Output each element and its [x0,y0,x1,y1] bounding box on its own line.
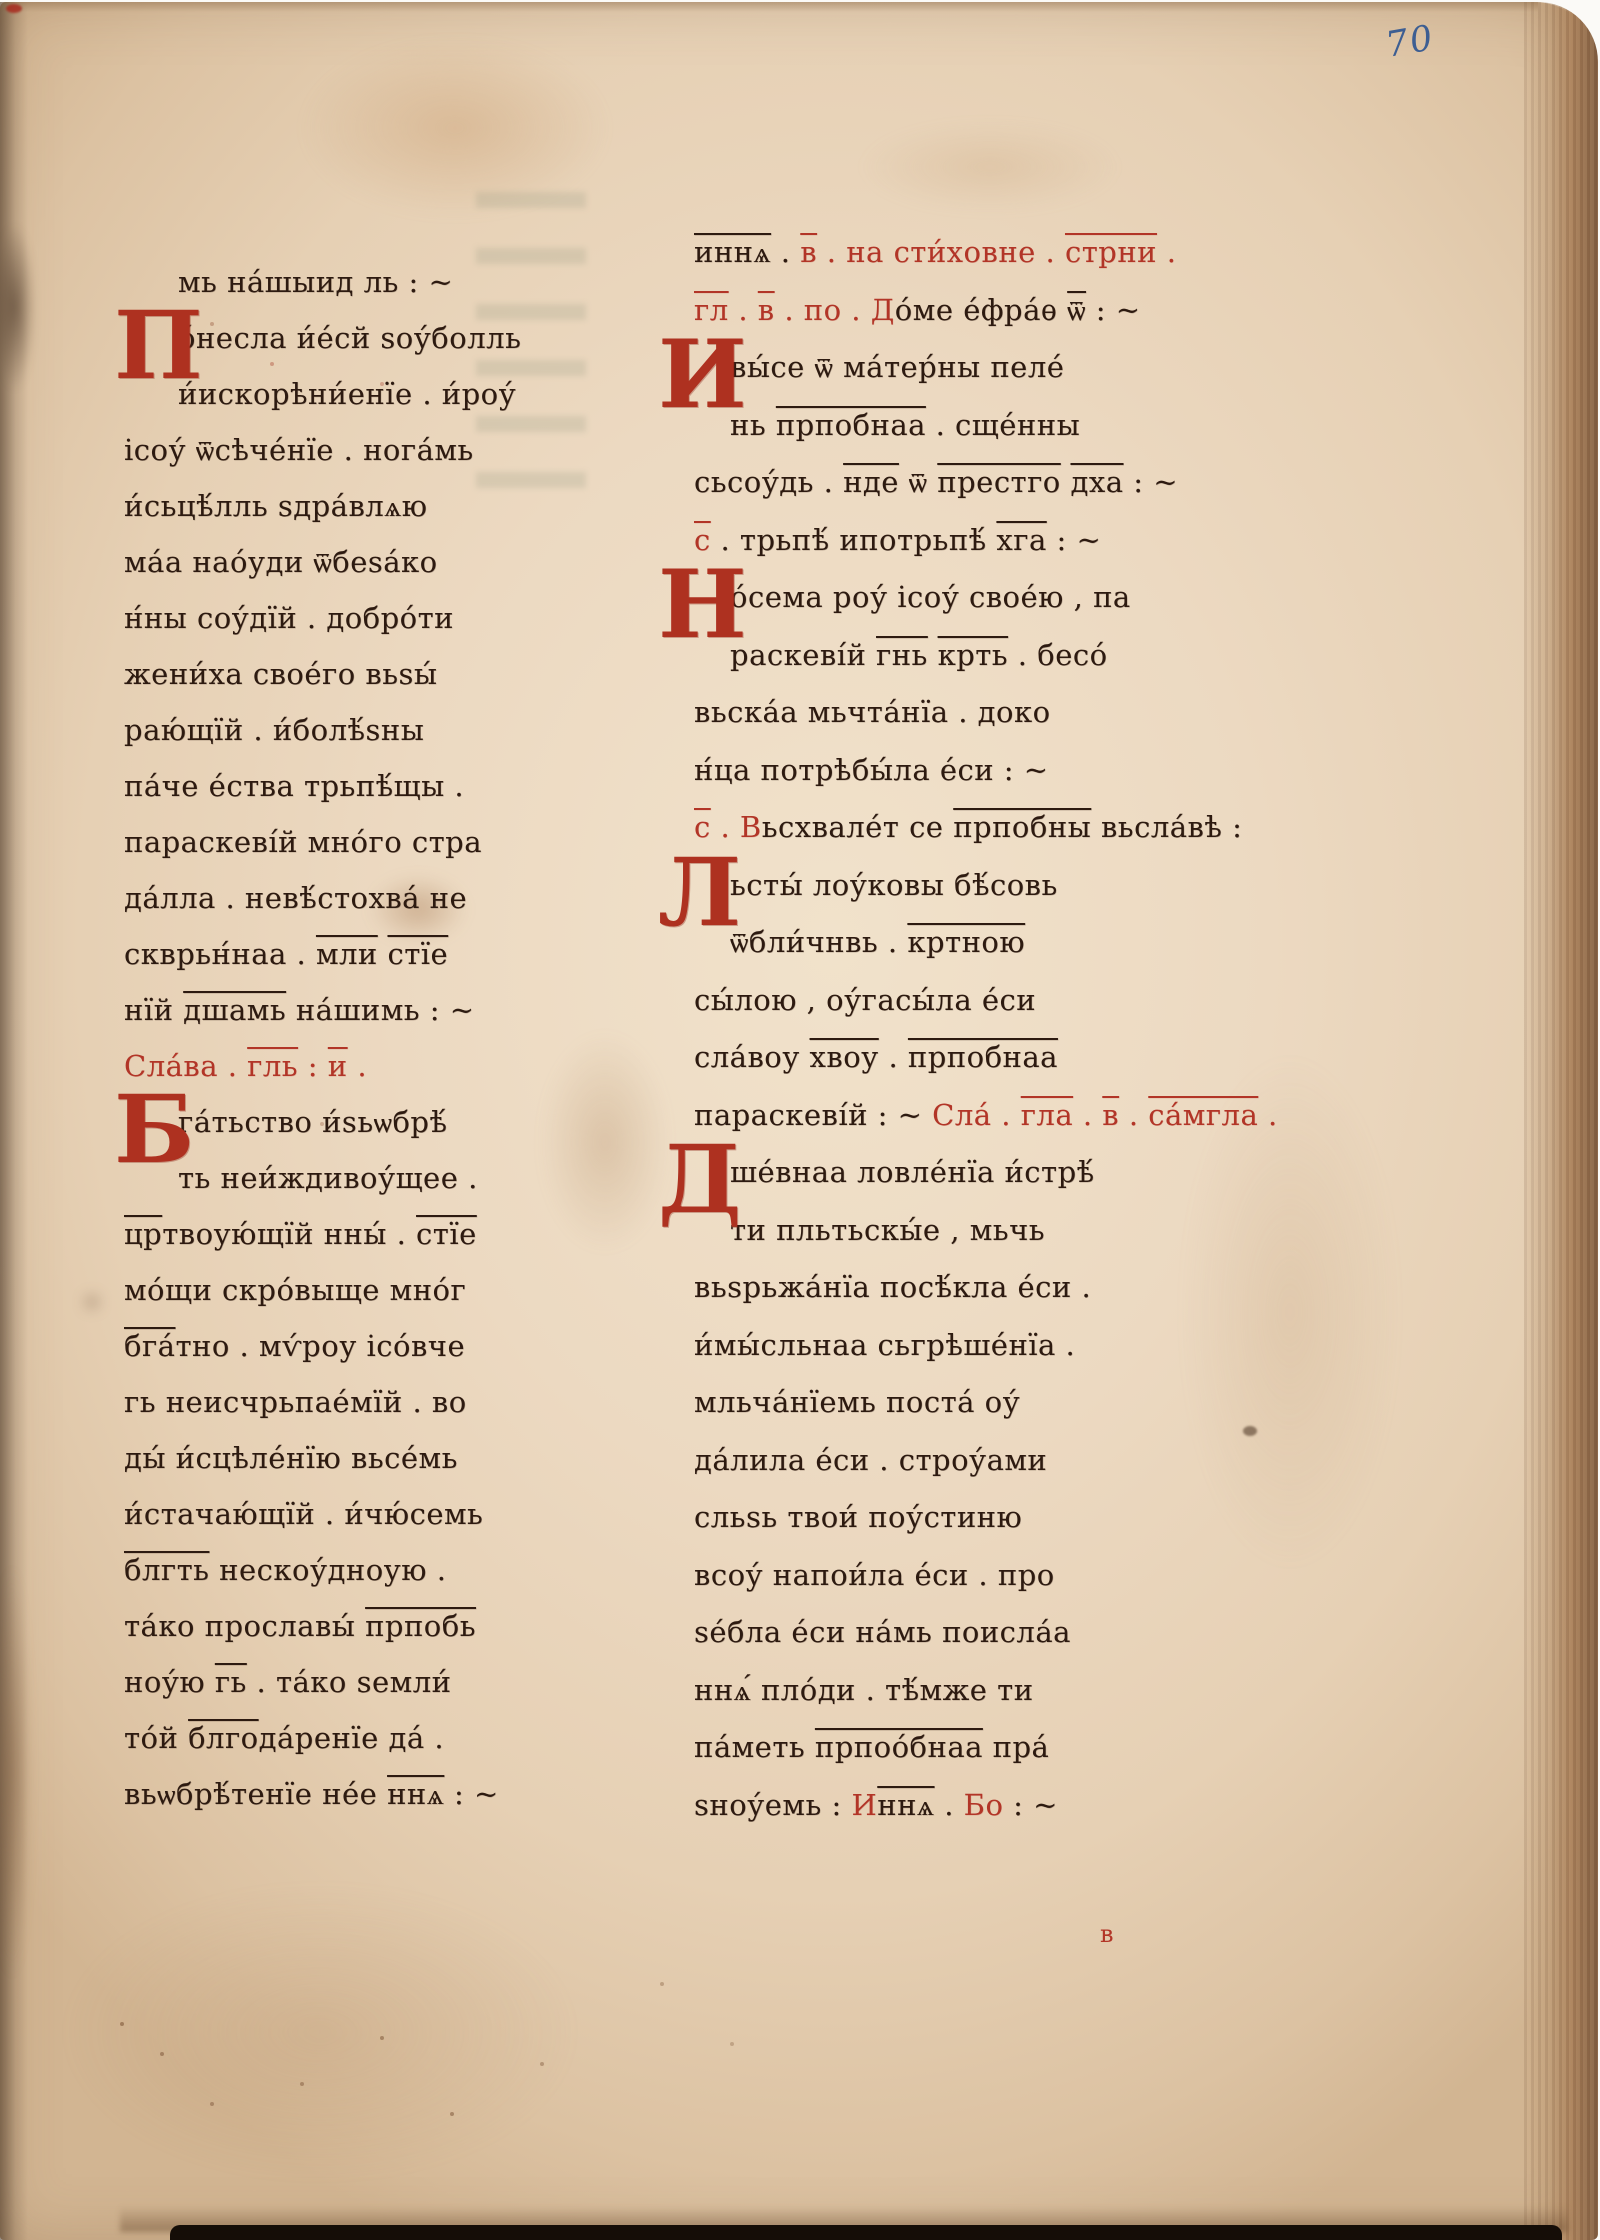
page-edge-shadow [0,222,36,392]
body-text: сьсоу́дь . [694,465,843,499]
body-text: прпоо́бнаа [815,1730,983,1764]
manuscript-line: да́лла . невѣ́стохва́ не [114,870,474,926]
manuscript-line: н́ца потрѣбы́ла е́си : ~ [658,742,1138,800]
body-text: цр [124,1217,162,1251]
stain [540,1032,670,1252]
body-text: та́ко прославы́ [124,1609,365,1643]
body-text: хга [996,523,1046,557]
body-text: блго [188,1721,259,1755]
body-text: ды́ и́сцѣле́нїю вьсе́мь [124,1441,458,1475]
manuscript-line: раю́щїй . и́болѣ́ѕны [114,702,474,758]
page-top-edge [0,2,1538,12]
rubric-text: . [348,1049,367,1083]
body-text: да́ренїе да́ . [259,1721,444,1755]
body-text: : ~ [1124,465,1179,499]
manuscript-line: вьска́а мьчта́нїа . доко [658,684,1138,742]
stain [300,38,610,218]
manuscript-line: и́стачаю́щїй . и́чю́семь [114,1486,474,1542]
manuscript-line: и́мы́сльнаа сьгрѣше́нїа . [658,1317,1138,1375]
body-text: ннѧ [387,1777,444,1811]
text-column-right: иннѧ . в . на сти́ховне . стрни .гл . в … [658,224,1138,1834]
manuscript-line: сла́воу хвоу . прпобнаа [658,1029,1138,1087]
body-text: гь [215,1665,247,1699]
stain [60,1882,580,2182]
manuscript-line: ды́ и́сцѣле́нїю вьсе́мь [114,1430,474,1486]
body-text: н́ны соу́дїй . добро́ти [124,601,454,635]
body-text: и́стачаю́щїй . и́чю́семь [124,1497,483,1531]
illuminated-initial: Л [658,849,722,938]
manuscript-line: ѕноу́емь : Иннѧ . Бо : ~ [658,1777,1138,1835]
body-text: раю́щїй . и́болѣ́ѕны [124,713,424,747]
body-text: и́мы́сльнаа сьгрѣше́нїа . [694,1328,1075,1362]
body-text: гь неисчрьпае́мїй . во [124,1385,467,1419]
body-text: ннѧ́ пло́ди . тѣ́мже ти [694,1673,1034,1707]
body-text: ѿ [1067,293,1086,327]
manuscript-line: нїй дшамь на́шимь : ~ [114,982,474,1038]
manuscript-line: жени́ха свое́го вьѕы́ [114,646,474,702]
body-text: иннѧ [694,235,771,269]
body-text: : ~ [1003,1788,1058,1822]
body-text: ѕноу́емь : [694,1788,851,1822]
stain [860,122,1120,212]
manuscript-line: ннѧ́ пло́ди . тѣ́мже ти [658,1662,1138,1720]
body-text: сльѕь твои́ поу́стиню [694,1500,1022,1534]
body-text: па́меть [694,1730,815,1764]
manuscript-line: блгть нескоу́дноую . [114,1542,474,1598]
manuscript-line: и́сьцѣ́лль ѕдра́влѧю [114,478,474,534]
manuscript-line: вьѡбрѣ́тенїе не́е ннѧ : ~ [114,1766,474,1822]
body-text: ьсты́ лоу́ковы бѣ́совь [730,868,1058,902]
body-text: параскеві́й мно́го стра [124,825,482,859]
body-text: кртною [907,925,1025,959]
body-text: вьсла́вѣ : [1091,810,1242,844]
body-text: о́ме е́фра́ѳ [895,293,1067,327]
red-mark [6,4,22,13]
body-text: ше́внаа ловле́нїа и́стрѣ́ [730,1155,1095,1189]
body-text [378,937,388,971]
manuscript-line: гь неисчрьпае́мїй . во [114,1374,474,1430]
body-text: ѕе́бла е́си на́мь поисла́а [694,1615,1071,1649]
body-text: нескоу́дноую . [209,1553,446,1587]
body-text: на́шимь : ~ [286,993,474,1027]
body-text: : ~ [1086,293,1141,327]
body-text: и́искорѣни́енїе . и́роу́ [178,377,516,411]
body-text: ти пльтьскы́е , мьчь [730,1213,1045,1247]
body-text: жени́ха свое́го вьѕы́ [124,657,438,691]
body-text: нїй [124,993,183,1027]
rubric-text: Бо [964,1788,1004,1822]
body-text: твоую́щїй нны́ . [162,1217,416,1251]
body-text: гнь [876,638,928,672]
body-text: пра́ [983,1730,1049,1764]
rubric-text: гль [247,1049,298,1083]
body-text: па́че е́ства трьпѣ́щы . [124,769,464,803]
manuscript-line: ісоу́ ѿсѣче́нїе . нога́мь [114,422,474,478]
body-text: : ~ [444,1777,499,1811]
manuscript-line: параскеві́й мно́го стра [114,814,474,870]
page-stack-right-edge [1524,2,1598,2240]
body-text: . трьпѣ́ ипотрьпѣ́ [711,523,997,557]
text-column-left: мь на́шыид ль : ~о́несла и́е́сй ѕоу́болл… [114,254,474,1822]
body-text: ть неи́ждивоу́щее . [178,1161,478,1195]
body-text: : ~ [1047,523,1102,557]
body-text: всоу́ напои́ла е́си . про [694,1558,1055,1592]
body-text: н́ца потрѣбы́ла е́си : ~ [694,753,1049,787]
body-text: и́сьцѣ́лль ѕдра́влѧю [124,489,428,523]
rubric-text: . [1157,235,1176,269]
rubric-text: . [1073,1098,1102,1132]
body-text: да́лила е́си . строу́ами [694,1443,1047,1477]
stain [84,1294,100,1310]
folio-number: 70 [1383,18,1438,66]
body-text: вы́се ѿ ма́тер́ны пеле́ [730,350,1064,384]
body-text: га́тьство и́ѕьѡбрѣ́ [178,1105,447,1139]
body-text: блгть [124,1553,209,1587]
manuscript-line: мльча́нїемь поста́ оу́ [658,1374,1138,1432]
marginal-red-letter: в [1100,1920,1114,1948]
rubric-text: стрни [1065,235,1157,269]
manuscript-line: скврьн́наа . мли стїе [114,926,474,982]
body-text: ісоу́ ѿсѣче́нїе . нога́мь [124,433,474,467]
body-text: дшамь [183,993,286,1027]
parchment-page: 70 в мь на́шыид ль : ~о́несла и́е́сй ѕоу… [0,2,1598,2240]
manuscript-line: цртвоую́щїй нны́ . стїе [114,1206,474,1262]
body-text: стїе [387,937,448,971]
body-text: прпобны [953,810,1091,844]
body-text: сла́воу [694,1040,810,1074]
body-text: прпобь [365,1609,476,1643]
manuscript-line: па́че е́ства трьпѣ́щы . [114,758,474,814]
rubric-text: са́мгла [1148,1098,1258,1132]
manuscript-line: та́ко прославы́ прпобь [114,1598,474,1654]
illuminated-initial: Д [658,1136,722,1225]
body-text: мо́щи скро́выще мно́г [124,1273,466,1307]
manuscript-line: всоу́ напои́ла е́си . про [658,1547,1138,1605]
body-text: мльча́нїемь поста́ оу́ [694,1385,1020,1419]
illuminated-initial: Б [114,1086,178,1175]
body-text: крть [938,638,1009,672]
body-text: вьѡбрѣ́тенїе не́е [124,1777,387,1811]
rubric-text: . на сти́ховне . [817,235,1065,269]
manuscript-line: ноу́ю гь . та́ко ѕемли́ [114,1654,474,1710]
body-text: . сще́нны [926,408,1080,442]
body-text: стїе [416,1217,477,1251]
ink-blot [1243,1426,1257,1436]
body-text: сы́лою , оу́гасы́ла е́си [694,983,1036,1017]
illuminated-initial: Н [658,561,722,650]
body-text: . [879,1040,908,1074]
manuscript-line: то́й блгода́ренїе да́ . [114,1710,474,1766]
body-text: тно . мѵ́роу ісо́вче [175,1329,465,1363]
body-text: . [935,1788,964,1822]
speckles [120,2022,124,2026]
body-text: бга́ [124,1329,175,1363]
body-text: ннѧ [877,1788,934,1822]
body-text: престго [937,465,1061,499]
rubric-text: в [1102,1098,1119,1132]
manuscript-line: сьсоу́дь . нде ѿ престго дха : ~ [658,454,1138,512]
body-text: раскеві́й [730,638,876,672]
manuscript-line: иннѧ . в . на сти́ховне . стрни . [658,224,1138,282]
body-text: . бесо́ [1008,638,1107,672]
body-text: . та́ко ѕемли́ [247,1665,452,1699]
illuminated-initial: И [658,331,722,420]
rubric-text: И [851,1788,877,1822]
binding-bottom-band [170,2225,1562,2240]
body-text: вьска́а мьчта́нїа . доко [694,695,1051,729]
rubric-text: : [298,1049,328,1083]
body-text: нде [843,465,899,499]
body-text: о́сема роу́ ісоу́ свое́ю , па [730,580,1131,614]
rubric-text: в [800,235,817,269]
manuscript-line: бга́тно . мѵ́роу ісо́вче [114,1318,474,1374]
body-text [928,638,938,672]
body-text: ьсхвале́т се [762,810,953,844]
manuscript-line: н́ны соу́дїй . добро́ти [114,590,474,646]
body-text: хвоу [810,1040,879,1074]
rubric-text: Сла́ . [932,1098,1021,1132]
body-text: прпобнаа [908,1040,1058,1074]
manuscript-line: сы́лою , оу́гасы́ла е́си [658,972,1138,1030]
manuscript-line: да́лила е́си . строу́ами [658,1432,1138,1490]
body-text: ѿбли́чнвь . [730,925,907,959]
rubric-text: . [1119,1098,1148,1132]
body-text: то́й [124,1721,188,1755]
manuscript-line: вьѕрьжа́нїа посѣ́кла е́си . [658,1259,1138,1317]
manuscript-line: ма́а нао́уди ѿбеѕа́ко [114,534,474,590]
illuminated-initial: П [114,302,178,391]
body-text: . [771,235,800,269]
manuscript-line: ѕе́бла е́си на́мь поисла́а [658,1604,1138,1662]
body-text: мь на́шыид ль : ~ [178,265,453,299]
rubric-text: В [740,810,762,844]
body-text: вьѕрьжа́нїа посѣ́кла е́си . [694,1270,1091,1304]
body-text: о́несла и́е́сй ѕоу́болль [178,321,521,355]
body-text: ѿ [899,465,937,499]
rubric-text: Д [871,293,895,327]
manuscript-line: па́меть прпоо́бнаа пра́ [658,1719,1138,1777]
body-text: да́лла . невѣ́стохва́ не [124,881,467,915]
rubric-text: гла [1021,1098,1073,1132]
rubric-text: и [328,1049,348,1083]
body-text: мли [316,937,378,971]
rubric-text: . [1258,1098,1277,1132]
body-text: дха [1070,465,1123,499]
body-text: ма́а нао́уди ѿбеѕа́ко [124,545,438,579]
rubric-text: . по . [775,293,871,327]
manuscript-line: мо́щи скро́выще мно́г [114,1262,474,1318]
body-text: ноу́ю [124,1665,215,1699]
body-text: прпобнаа [776,408,926,442]
rubric-text: в [758,293,775,327]
manuscript-photo: 70 в мь на́шыид ль : ~о́несла и́е́сй ѕоу… [0,0,1600,2240]
manuscript-line: сльѕь твои́ поу́стиню [658,1489,1138,1547]
body-text: скврьн́наа . [124,937,316,971]
